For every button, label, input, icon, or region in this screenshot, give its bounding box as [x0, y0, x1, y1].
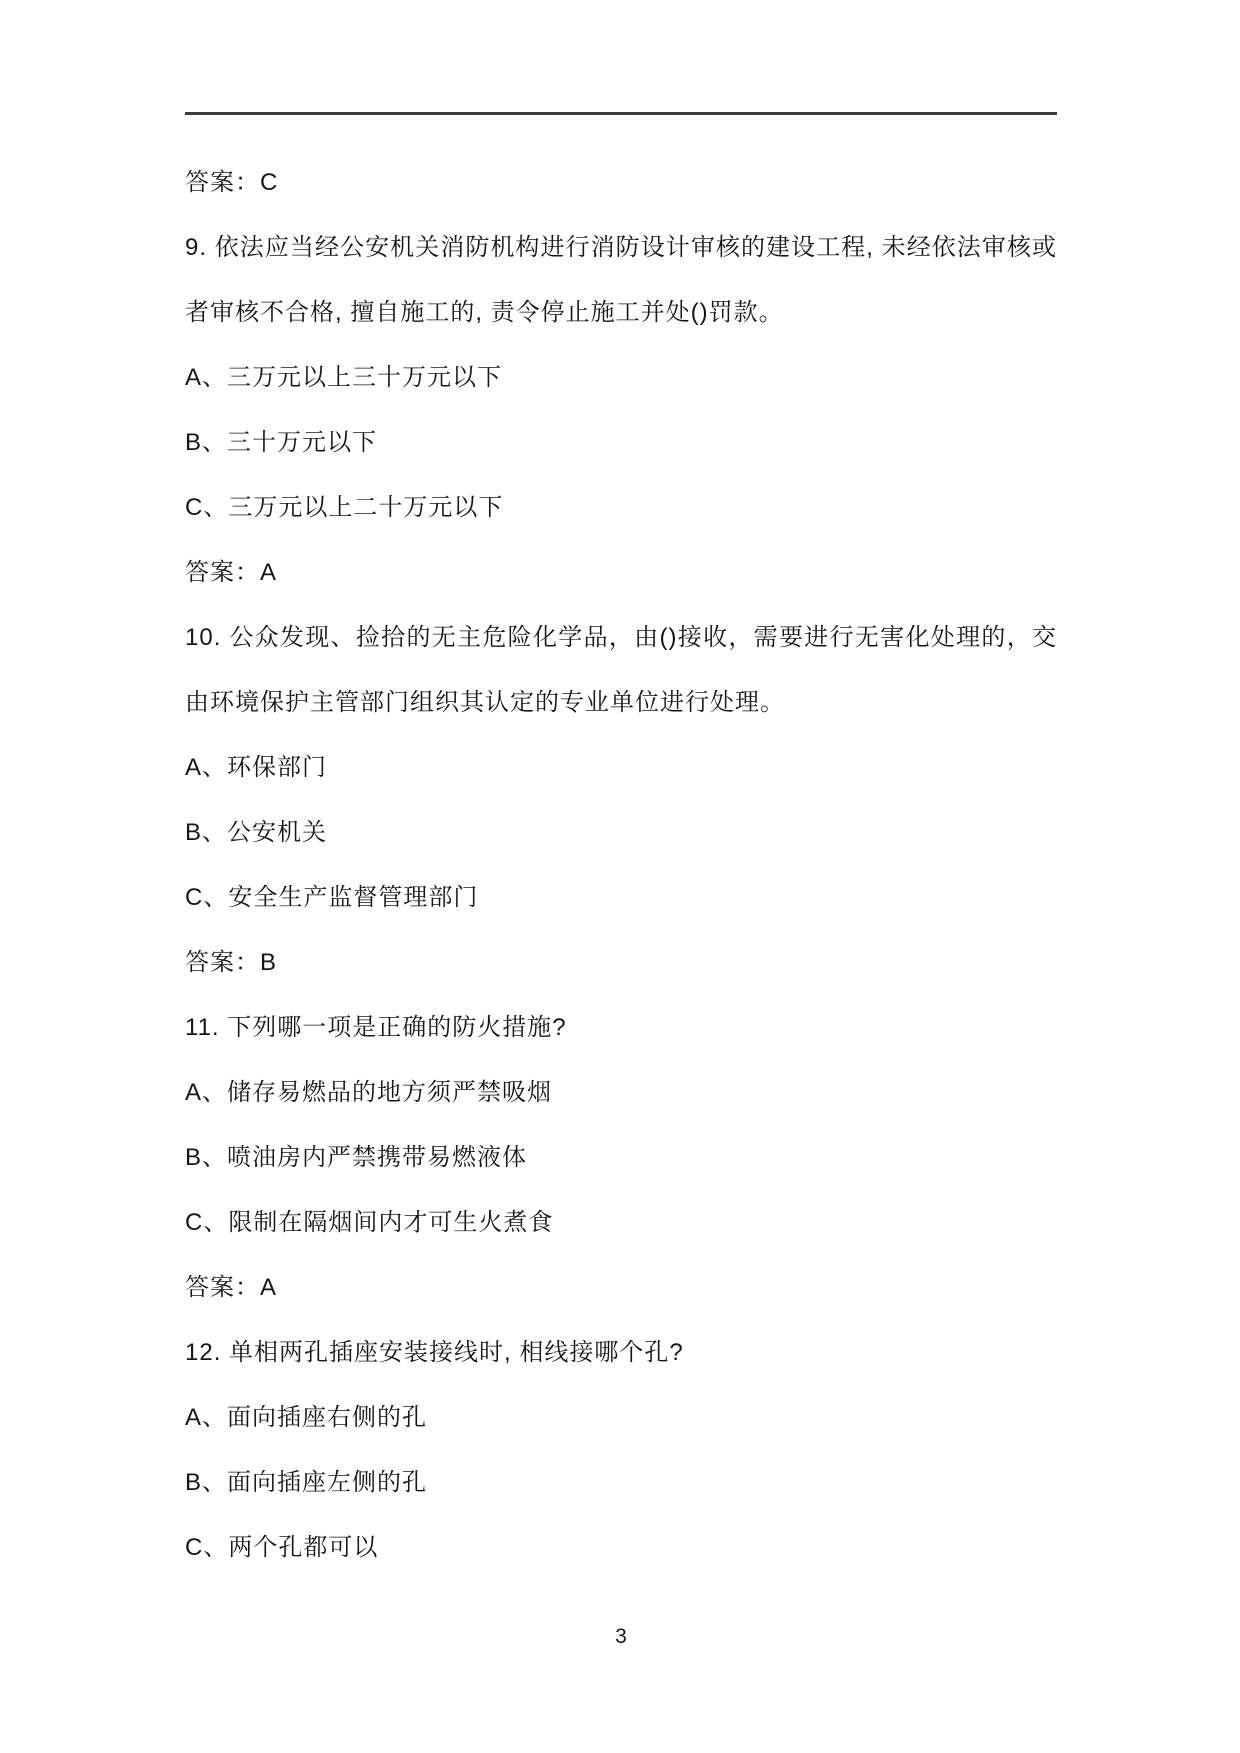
line-answer: 答案：C — [185, 150, 1057, 215]
line-question-continuation: 由环境保护主管部门组织其认定的专业单位进行处理。 — [185, 670, 1057, 735]
line-option: B、喷油房内严禁携带易燃液体 — [185, 1125, 1057, 1190]
line-question: 9. 依法应当经公安机关消防机构进行消防设计审核的建设工程, 未经依法审核或 — [185, 215, 1057, 280]
line-option: A、环保部门 — [185, 735, 1057, 800]
line-question: 12. 单相两孔插座安装接线时, 相线接哪个孔? — [185, 1320, 1057, 1385]
line-option: B、公安机关 — [185, 800, 1057, 865]
line-option: C、三万元以上二十万元以下 — [185, 475, 1057, 540]
line-option: B、三十万元以下 — [185, 410, 1057, 475]
line-option: A、面向插座右侧的孔 — [185, 1385, 1057, 1450]
line-question: 10. 公众发现、捡拾的无主危险化学品，由()接收，需要进行无害化处理的，交 — [185, 605, 1057, 670]
line-option: A、储存易燃品的地方须严禁吸烟 — [185, 1060, 1057, 1125]
line-option: B、面向插座左侧的孔 — [185, 1450, 1057, 1515]
line-option: C、两个孔都可以 — [185, 1515, 1057, 1580]
header-divider-line — [185, 112, 1057, 115]
line-answer: 答案：B — [185, 930, 1057, 995]
page-number: 3 — [185, 1624, 1057, 1650]
document-lines: 答案：C9. 依法应当经公安机关消防机构进行消防设计审核的建设工程, 未经依法审… — [185, 150, 1057, 1580]
line-question: 11. 下列哪一项是正确的防火措施? — [185, 995, 1057, 1060]
line-option: C、限制在隔烟间内才可生火煮食 — [185, 1190, 1057, 1255]
line-answer: 答案：A — [185, 540, 1057, 605]
line-answer: 答案：A — [185, 1255, 1057, 1320]
line-option: A、三万元以上三十万元以下 — [185, 345, 1057, 410]
line-option: C、安全生产监督管理部门 — [185, 865, 1057, 930]
line-question-continuation: 者审核不合格, 擅自施工的, 责令停止施工并处()罚款。 — [185, 280, 1057, 345]
document-page: 答案：C9. 依法应当经公安机关消防机构进行消防设计审核的建设工程, 未经依法审… — [0, 0, 1240, 1753]
